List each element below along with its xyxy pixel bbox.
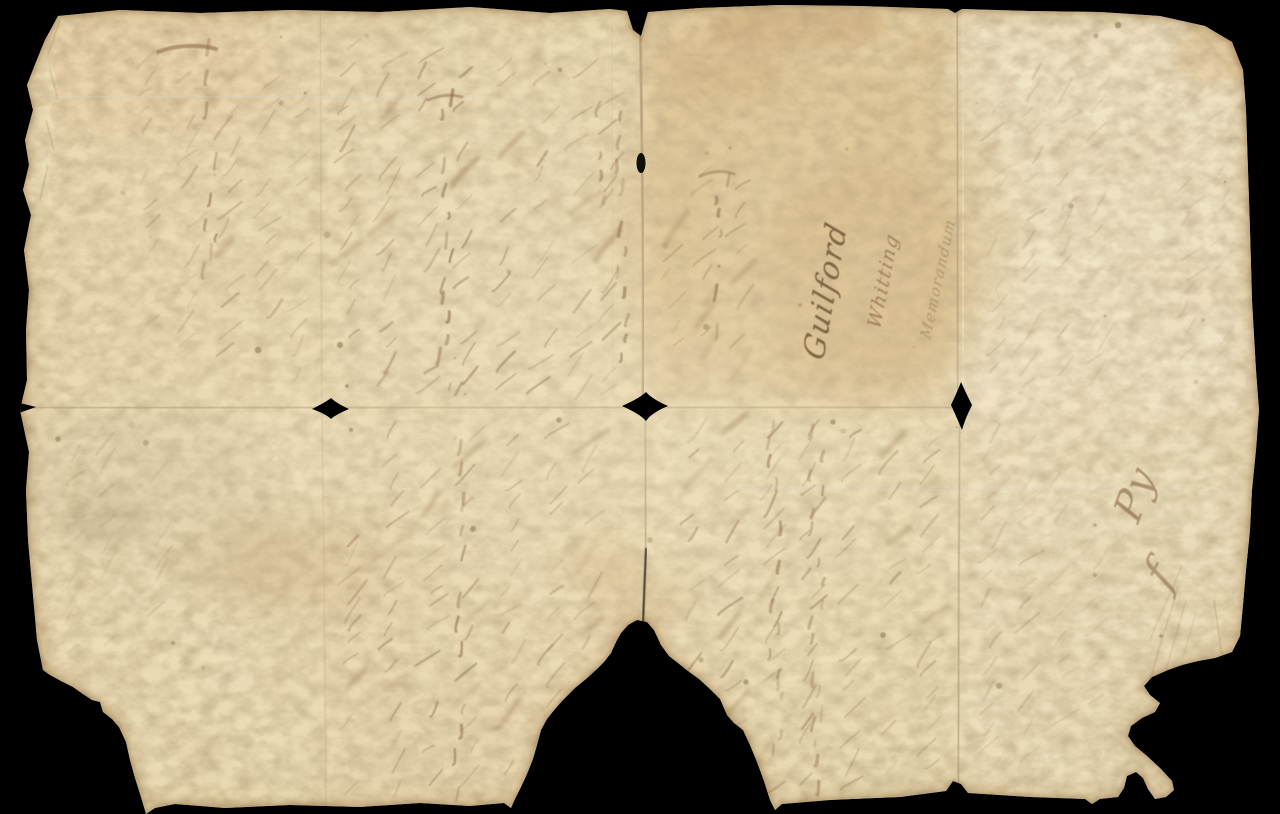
bleedthrough-stroke: [210, 244, 211, 260]
ink-spot: [453, 436, 458, 441]
ink-spot: [544, 63, 546, 65]
ink-spot: [1093, 523, 1097, 527]
ink-spot: [912, 345, 915, 348]
bleedthrough-stroke: [779, 522, 780, 535]
bleedthrough-stroke: [812, 672, 813, 686]
bleedthrough-stroke: [691, 713, 705, 722]
bleedthrough-stroke: [781, 692, 782, 699]
ink-spot: [840, 428, 846, 434]
ink-spot: [703, 324, 709, 330]
ink-spot: [171, 641, 175, 645]
ink-spot: [869, 128, 871, 130]
ink-spot: [1094, 34, 1099, 39]
ink-spot: [798, 303, 801, 306]
ink-spot: [647, 537, 652, 542]
bleedthrough-stroke: [616, 160, 617, 173]
scanner-bed: Unfolded manuscript letter sheet, verso,…: [0, 0, 1280, 814]
ink-spot: [558, 68, 563, 73]
bleedthrough-stroke: [773, 744, 774, 756]
ink-spot: [255, 347, 262, 354]
ink-spot: [996, 683, 1002, 689]
ink-spot: [880, 632, 886, 638]
bleedthrough-stroke: [540, 732, 551, 739]
manuscript-scan: Unfolded manuscript letter sheet, verso,…: [0, 0, 1280, 814]
ink-spot: [667, 30, 670, 33]
fold-hole-small: [637, 153, 646, 173]
bleedthrough-stroke: [619, 112, 620, 120]
ink-spot: [280, 36, 282, 38]
bleedthrough-stroke: [446, 336, 448, 344]
ink-spot: [845, 147, 848, 150]
bleedthrough-stroke: [678, 742, 702, 772]
ink-spot: [1201, 318, 1205, 322]
bleedthrough-stroke: [815, 740, 816, 746]
ink-spot: [662, 243, 668, 249]
ink-spot: [278, 100, 283, 105]
bleedthrough-stroke: [442, 292, 444, 303]
ink-spot: [304, 92, 307, 95]
bleedthrough-stroke: [446, 233, 447, 248]
ink-spot: [470, 526, 476, 532]
ink-spot: [698, 657, 703, 662]
ink-spot: [556, 417, 561, 422]
bleedthrough-stroke: [822, 486, 823, 495]
ink-spot: [743, 679, 748, 684]
bleedthrough-stroke: [600, 171, 601, 180]
ink-spot: [149, 236, 152, 239]
ink-spot: [717, 264, 720, 267]
bleedthrough-stroke: [623, 288, 624, 298]
ink-spot: [337, 342, 343, 348]
ink-spot: [1224, 181, 1226, 183]
ink-spot: [365, 34, 370, 39]
ink-spot: [830, 419, 835, 424]
ink-spot: [1093, 573, 1097, 577]
ink-spot: [129, 422, 135, 428]
ink-spot: [454, 357, 456, 359]
ink-spot: [345, 384, 349, 388]
ink-spot: [705, 151, 709, 155]
ink-spot: [143, 440, 149, 446]
ink-spot: [1115, 22, 1122, 29]
ink-spot: [349, 428, 353, 432]
ink-spot: [201, 666, 204, 669]
bleedthrough-stroke: [681, 728, 696, 746]
ink-spot: [507, 270, 511, 274]
ink-spot: [976, 102, 978, 104]
ink-spot: [1068, 203, 1073, 208]
bleedthrough-stroke: [718, 209, 719, 216]
ink-spot: [121, 191, 126, 196]
ink-spot: [324, 232, 331, 239]
ink-spot: [673, 678, 679, 684]
ink-spot: [214, 174, 217, 177]
bleedthrough-stroke: [204, 220, 206, 230]
ink-spot: [956, 426, 959, 429]
scanner-scratch-line: [55, 97, 475, 98]
bleedthrough-stroke: [463, 493, 464, 504]
bleedthrough-stroke: [719, 762, 731, 780]
ink-spot: [1103, 314, 1106, 317]
bleedthrough-stroke: [625, 335, 627, 342]
bleedthrough-stroke: [777, 682, 778, 690]
bleedthrough-stroke: [727, 746, 741, 757]
ink-spot: [464, 393, 466, 395]
ink-spot: [1193, 379, 1198, 384]
ink-spot: [55, 436, 61, 442]
ink-spot: [729, 147, 732, 150]
bleedthrough-stroke: [811, 509, 813, 518]
bleedthrough-stroke: [716, 197, 717, 204]
bleedthrough-stroke: [822, 578, 824, 585]
